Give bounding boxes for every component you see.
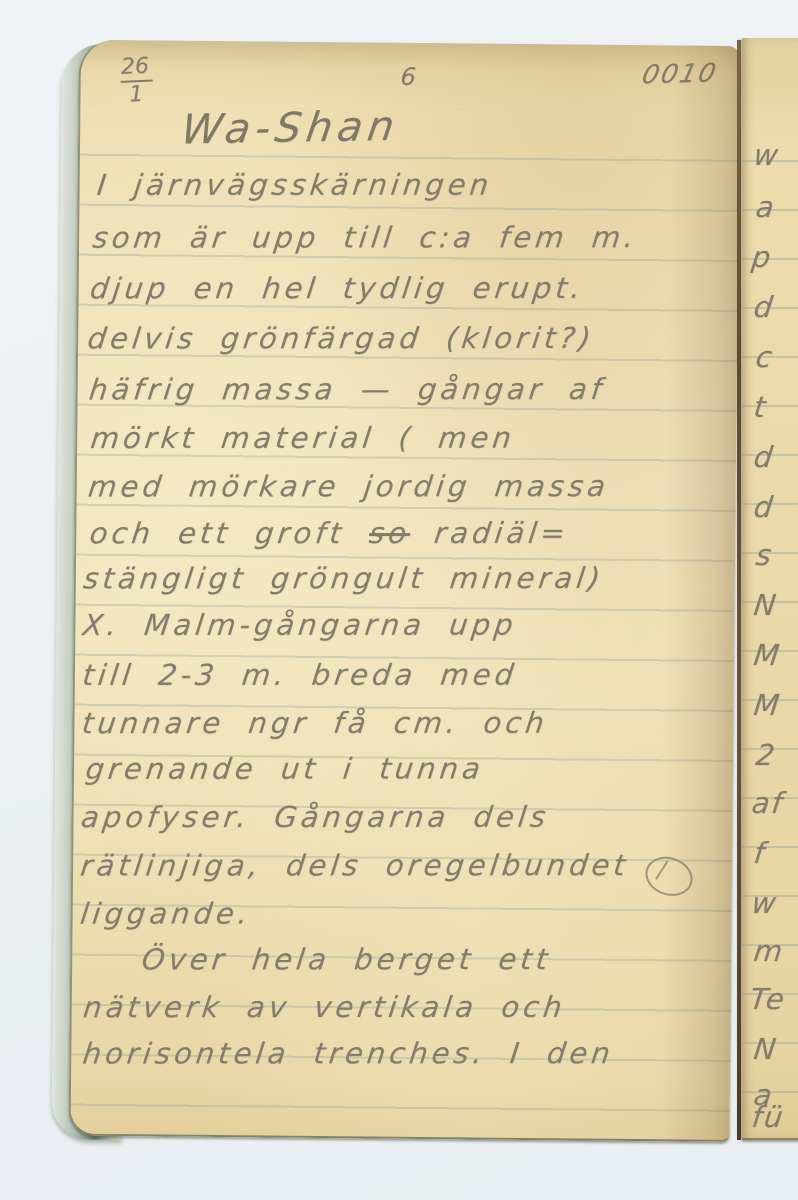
handwritten-line: till 2-3 m. breda med bbox=[81, 658, 520, 692]
handwritten-line: horisontela trenches. I den bbox=[81, 1036, 616, 1070]
text-fragment: c bbox=[754, 340, 776, 374]
handwritten-line: I järnvägsskärningen bbox=[95, 168, 494, 202]
scan-number: 0010 bbox=[639, 59, 721, 91]
handwritten-line: grenande ut i tunna bbox=[84, 752, 486, 786]
notebook-right-page: w a p d c t d d s N M M 2 af f w m Te N … bbox=[742, 38, 798, 1140]
text-fragment: d bbox=[752, 440, 777, 474]
page-number: 6 bbox=[400, 63, 418, 91]
handwritten-line: liggande. bbox=[78, 896, 253, 930]
handwritten-line: apofyser. Gångarna dels bbox=[79, 800, 551, 834]
text-fragment: af bbox=[750, 786, 786, 820]
handwritten-line: och ett groft so radiäl= bbox=[88, 516, 571, 550]
text-fragment: M bbox=[752, 638, 783, 672]
text-fragment: w bbox=[750, 886, 780, 920]
left-page-assembly: 26 1 6 0010 Wa-Shan I järnvägsskärningen… bbox=[0, 0, 798, 1200]
text-fragment: d bbox=[752, 490, 777, 524]
handwritten-line: som är upp till c:a fem m. bbox=[91, 220, 640, 254]
text-fragment: p bbox=[750, 240, 775, 274]
handwritten-line: delvis grönfärgad (klorit?) bbox=[86, 321, 597, 355]
handwritten-line: häfrig massa — gångar af bbox=[87, 372, 607, 406]
gutter-shading bbox=[660, 45, 740, 1140]
handwritten-line: mörkt material ( men bbox=[89, 421, 517, 455]
line-segment: radiäl= bbox=[408, 516, 571, 550]
text-fragment: a bbox=[754, 190, 778, 224]
handwritten-line: X. Malm-gångarna upp bbox=[81, 608, 519, 642]
date-numerator: 26 bbox=[120, 56, 153, 83]
text-fragment: M bbox=[752, 688, 783, 722]
text-fragment: Te bbox=[748, 982, 788, 1016]
handwritten-line: tunnare ngr få cm. och bbox=[80, 706, 550, 740]
text-fragment: N bbox=[752, 1032, 780, 1066]
entry-heading: Wa-Shan bbox=[178, 102, 402, 153]
text-fragment: f bbox=[752, 836, 768, 870]
text-fragment: 2 bbox=[754, 738, 779, 772]
date-denominator: 1 bbox=[121, 82, 154, 107]
line-segment: och ett groft bbox=[88, 516, 371, 550]
handwritten-line: Över hela berget ett bbox=[140, 942, 554, 976]
text-fragment: t bbox=[752, 390, 770, 424]
notebook-scan: 26 1 6 0010 Wa-Shan I järnvägsskärningen… bbox=[0, 0, 798, 1200]
handwritten-line: rätlinjiga, dels oregelbundet bbox=[79, 848, 631, 882]
handwritten-line: stängligt gröngult mineral) bbox=[81, 561, 605, 595]
text-fragment: fü bbox=[750, 1100, 787, 1134]
text-fragment: w bbox=[752, 138, 782, 172]
circled-flourish bbox=[640, 851, 698, 902]
text-fragment: d bbox=[752, 290, 777, 324]
struck-word: so bbox=[367, 516, 412, 550]
handwritten-line: nätverk av vertikala och bbox=[81, 990, 567, 1024]
text-fragment: m bbox=[752, 934, 786, 968]
text-fragment: s bbox=[754, 538, 775, 572]
notebook-left-page: 26 1 6 0010 Wa-Shan I järnvägsskärningen… bbox=[69, 40, 740, 1142]
text-fragment: N bbox=[752, 588, 780, 622]
handwritten-line: djup en hel tydlig erupt. bbox=[88, 271, 586, 305]
binding-gutter bbox=[737, 40, 741, 1140]
handwritten-line: med mörkare jordig massa bbox=[86, 469, 611, 503]
date-mark: 26 1 bbox=[120, 56, 154, 107]
